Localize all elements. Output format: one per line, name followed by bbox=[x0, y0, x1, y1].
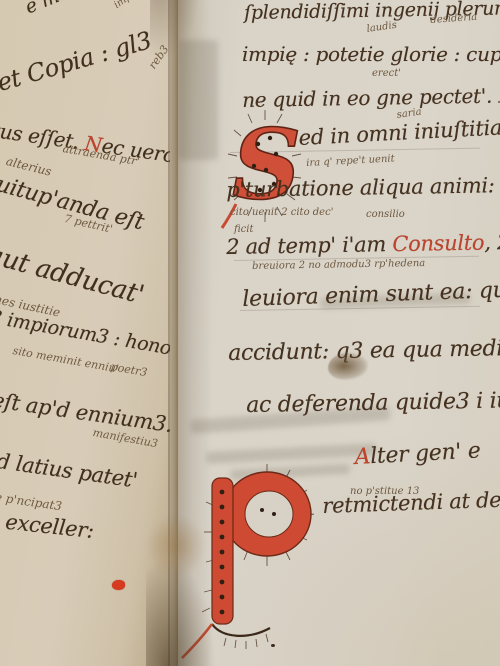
interlinear-gloss: erect' bbox=[372, 68, 401, 79]
interlinear-gloss: poetr3 bbox=[110, 360, 149, 379]
interlinear-gloss: breuiora 2 no admodu3 rp'hedena bbox=[252, 258, 425, 272]
ink-speck bbox=[271, 644, 275, 647]
text-segment: , 2 bbox=[484, 230, 500, 255]
interlinear-gloss: ficit bbox=[234, 224, 254, 235]
text-line: s exceller: bbox=[0, 508, 95, 543]
ghost-text bbox=[206, 443, 376, 464]
interlinear-gloss: consilio bbox=[366, 209, 405, 220]
interlinear-gloss: sito meminit enniu' bbox=[12, 344, 120, 375]
text-segment: 2 ad temp' i'am bbox=[226, 232, 393, 259]
right-page: ſplendidiſſimi ingenij plerumq3 laudis d… bbox=[170, 0, 500, 666]
rubricated-letter: A bbox=[354, 444, 371, 470]
text-segment: lter gen' e bbox=[370, 438, 482, 469]
text-line: impię : potetie glorie : cupiditate bbox=[242, 42, 500, 66]
text-line: eſt ap'd ennium3. bbox=[0, 388, 174, 437]
interlinear-gloss: desideria bbox=[430, 12, 478, 26]
text-line: 2 ad temp' i'am Consulto, 2 C bbox=[226, 230, 500, 259]
text-line: ed in omni iniuſtitia p bbox=[298, 114, 500, 150]
text-line: p'turbatione aliqua animi: q bbox=[226, 173, 500, 202]
text-line: ac deferenda quide3 i iuri bbox=[246, 388, 500, 418]
text-line: et Copia : gl3 bbox=[0, 26, 155, 97]
red-wax-dot bbox=[112, 580, 125, 590]
gutter-shadow-top bbox=[150, 0, 200, 60]
text-line: retmictendi at de bbox=[322, 488, 500, 518]
parchment-stain bbox=[146, 514, 206, 578]
text-line: Alter gen' e bbox=[354, 438, 481, 470]
text-line: id latius patet' bbox=[0, 448, 139, 492]
manuscript-photo: e magnifici impulsi et Copia : gl3 reb3 … bbox=[0, 0, 500, 666]
initial-letter: P bbox=[331, 661, 333, 663]
rubricated-word: Consulto bbox=[392, 230, 484, 256]
interlinear-gloss: laudis bbox=[366, 20, 398, 35]
text-line: e magnifici bbox=[22, 0, 126, 18]
interlinear-gloss: cito uenit 2 cito dec' bbox=[230, 207, 333, 218]
interlinear-gloss: ira q' repe't uenit bbox=[306, 153, 395, 169]
interlinear-gloss: impulsi bbox=[112, 0, 149, 11]
initial-letter: S bbox=[232, 108, 301, 221]
